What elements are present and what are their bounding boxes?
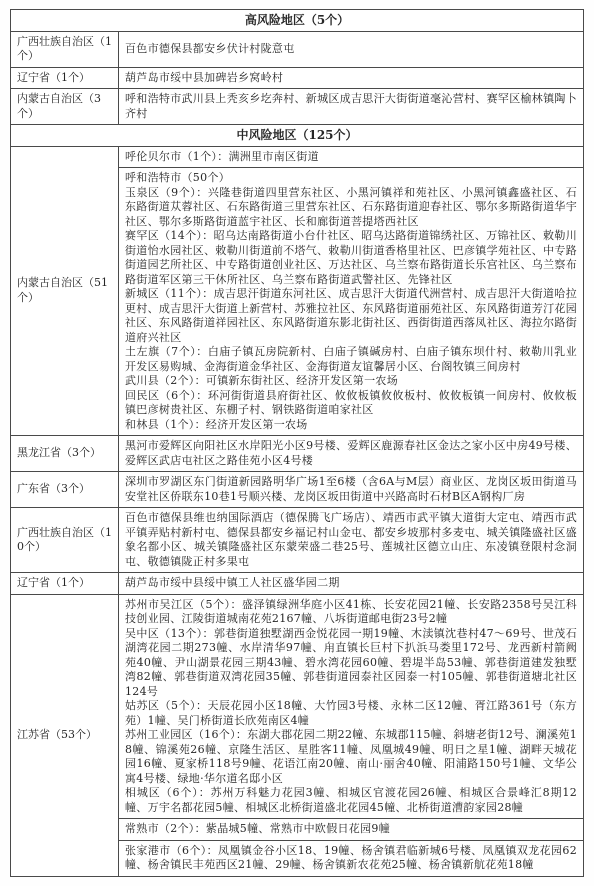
areas-text: 和林县（1个）：经济开发区第一农场 <box>125 418 577 433</box>
areas-text: 苏州工业园区（16个）：东湖大郡花园二期22幢、东城郡115幢、斜塘老街12号、… <box>125 728 577 786</box>
table-row: 辽宁省（1个） 葫芦岛市绥中县加碑岩乡窝岭村 <box>11 67 584 89</box>
region-cell-neimenggu-medium: 内蒙古自治区（51个） <box>11 146 119 436</box>
areas-cell-hohhot: 呼和浩特市（50个） 玉泉区（9个）：兴隆巷街道四里营东社区、小黑河镇祥和苑社区… <box>119 168 584 436</box>
areas-text: 玉泉区（9个）：兴隆巷街道四里营东社区、小黑河镇祥和苑社区、小黑河镇鑫盛社区、石… <box>125 186 577 230</box>
areas-text: 百色市德保县都安乡伏计村陇意屯 <box>125 42 577 57</box>
document-page: 高风险地区（5个） 广西壮族自治区（1个） 百色市德保县都安乡伏计村陇意屯 辽宁… <box>0 0 594 886</box>
areas-text: 回民区（6个）：环河街街道县府街社区、攸攸板镇攸攸板村、攸攸板镇一间房村、攸攸板… <box>125 389 577 418</box>
region-cell-guangxi-high: 广西壮族自治区（1个） <box>11 31 119 67</box>
areas-text: 赛罕区（14个）：昭乌达南路街道小台什社区、昭乌达路街道锦绣社区、万锦社区、敕勒… <box>125 229 577 287</box>
region-cell-liaoning-high: 辽宁省（1个） <box>11 67 119 89</box>
table-row: 内蒙古自治区（51个） 呼伦贝尔市（1个）：满洲里市南区街道 <box>11 146 584 168</box>
medium-risk-section-header: 中风险地区（125个） <box>11 125 584 147</box>
areas-cell: 深圳市罗湖区东门街道新园路明华广场1至6楼（含6A与M层）商业区、龙岗区坂田街道… <box>119 472 584 508</box>
table-row: 广东省（3个） 深圳市罗湖区东门街道新园路明华广场1至6楼（含6A与M层）商业区… <box>11 472 584 508</box>
region-cell-liaoning-medium: 辽宁省（1个） <box>11 573 119 595</box>
areas-text: 深圳市罗湖区东门街道新园路明华广场1至6楼（含6A与M层）商业区、龙岗区坂田街道… <box>125 475 577 504</box>
areas-text: 吴中区（13个）：郭巷街道独墅湖西金悦花园一期19幢、木渎镇沈巷村47～69号、… <box>125 627 577 700</box>
areas-text: 相城区（6个）：苏州万科魅力花园3幢、相城区官渡花园26幢、相城区合景峰汇8期1… <box>125 786 577 815</box>
areas-cell: 葫芦岛市绥中县加碑岩乡窝岭村 <box>119 67 584 89</box>
areas-cell: 百色市德保县都安乡伏计村陇意屯 <box>119 31 584 67</box>
table-row: 江苏省（53个） 苏州市吴江区（5个）：盛泽镇绿洲华庭小区41栋、长安花园21幢… <box>11 594 584 819</box>
areas-text: 苏州市吴江区（5个）：盛泽镇绿洲华庭小区41栋、长安花园21幢、长安路2358号… <box>125 598 577 627</box>
areas-text: 土左旗（7个）：白庙子镇瓦房院新村、白庙子镇碱房村、白庙子镇东坝什村、敕勒川乳业… <box>125 345 577 374</box>
risk-area-table: 高风险地区（5个） 广西壮族自治区（1个） 百色市德保县都安乡伏计村陇意屯 辽宁… <box>10 9 584 877</box>
region-cell-guangxi-medium: 广西壮族自治区（10个） <box>11 508 119 573</box>
areas-text: 葫芦岛市绥中县绥中镇工人社区盛华园二期 <box>125 576 577 591</box>
areas-text: 百色市德保县维也纳国际酒店（德保腾飞广场店）、靖西市武平镇大道街大定屯、靖西市武… <box>125 511 577 569</box>
areas-text: 武川县（2个）：可镇新东街社区、经济开发区第一农场 <box>125 374 577 389</box>
areas-text: 呼和浩特市（50个） <box>125 171 577 186</box>
areas-text: 黑河市爱辉区向阳社区水岸阳光小区9号楼、爱辉区鹿源春社区金达之家小区中房49号楼… <box>125 439 577 468</box>
areas-cell: 黑河市爱辉区向阳社区水岸阳光小区9号楼、爱辉区鹿源春社区金达之家小区中房49号楼… <box>119 436 584 472</box>
areas-text: 常熟市（2个）：紫晶城5幢、常熟市中欧假日花园9幢 <box>125 822 577 837</box>
table-row: 广西壮族自治区（10个） 百色市德保县维也纳国际酒店（德保腾飞广场店）、靖西市武… <box>11 508 584 573</box>
table-row-medium-risk-header: 中风险地区（125个） <box>11 125 584 147</box>
table-row: 内蒙古自治区（3个） 呼和浩特市武川县上秃亥乡圪奔村、新城区成吉思汗大街街道毫沁… <box>11 89 584 125</box>
areas-text: 葫芦岛市绥中县加碑岩乡窝岭村 <box>125 71 577 86</box>
areas-cell-changshu: 常熟市（2个）：紫晶城5幢、常熟市中欧假日花园9幢 <box>119 819 584 841</box>
areas-text: 姑苏区（5个）：天辰花园小区18幢、大竹园3号楼、永林二区12幢、胥江路361号… <box>125 699 577 728</box>
region-cell-guangdong: 广东省（3个） <box>11 472 119 508</box>
areas-text: 呼和浩特市武川县上秃亥乡圪奔村、新城区成吉思汗大街街道毫沁营村、赛罕区榆林镇陶卜… <box>125 92 577 121</box>
areas-cell-suzhou: 苏州市吴江区（5个）：盛泽镇绿洲华庭小区41栋、长安花园21幢、长安路2358号… <box>119 594 584 819</box>
region-cell-neimenggu-high: 内蒙古自治区（3个） <box>11 89 119 125</box>
table-row: 黑龙江省（3个） 黑河市爱辉区向阳社区水岸阳光小区9号楼、爱辉区鹿源春社区金达之… <box>11 436 584 472</box>
region-cell-heilongjiang: 黑龙江省（3个） <box>11 436 119 472</box>
high-risk-section-header: 高风险地区（5个） <box>11 10 584 32</box>
table-row: 广西壮族自治区（1个） 百色市德保县都安乡伏计村陇意屯 <box>11 31 584 67</box>
region-cell-jiangsu: 江苏省（53个） <box>11 594 119 876</box>
areas-text: 呼伦贝尔市（1个）：满洲里市南区街道 <box>125 150 577 165</box>
areas-text: 新城区（11个）：成吉思汗街道东河社区、成吉思汗大街道代洲营村、成吉思汗大街道哈… <box>125 287 577 345</box>
areas-cell: 呼和浩特市武川县上秃亥乡圪奔村、新城区成吉思汗大街街道毫沁营村、赛罕区榆林镇陶卜… <box>119 89 584 125</box>
areas-cell: 葫芦岛市绥中县绥中镇工人社区盛华园二期 <box>119 573 584 595</box>
areas-cell: 百色市德保县维也纳国际酒店（德保腾飞广场店）、靖西市武平镇大道街大定屯、靖西市武… <box>119 508 584 573</box>
areas-text: 张家港市（6个）：凤凰镇金谷小区18、19幢、杨舍镇君临新城6号楼、凤凰镇双龙花… <box>125 844 577 873</box>
areas-cell-zhangjiagang: 张家港市（6个）：凤凰镇金谷小区18、19幢、杨舍镇君临新城6号楼、凤凰镇双龙花… <box>119 840 584 876</box>
table-row-high-risk-header: 高风险地区（5个） <box>11 10 584 32</box>
areas-cell-hulunbuir: 呼伦贝尔市（1个）：满洲里市南区街道 <box>119 146 584 168</box>
table-row: 辽宁省（1个） 葫芦岛市绥中县绥中镇工人社区盛华园二期 <box>11 573 584 595</box>
